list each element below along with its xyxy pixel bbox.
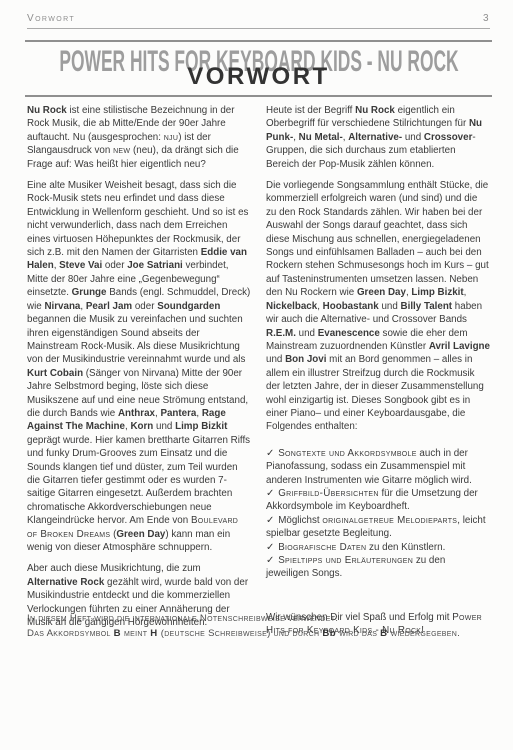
checklist-item: ✓Biografische Daten zu den Künstlern. bbox=[266, 541, 490, 554]
paragraph-nu-rock-today: Heute ist der Begriff Nu Rock eigentlich… bbox=[266, 104, 490, 171]
title-top-rule bbox=[25, 40, 492, 42]
paragraph-history: Eine alte Musiker Weisheit besagt, dass … bbox=[27, 179, 251, 554]
paragraph-song-collection: Die vorliegende Songsammlung enthält Stü… bbox=[266, 179, 490, 434]
running-header: Vorwort 3 bbox=[27, 13, 490, 24]
title-block: POWER HITS FOR KEYBOARD KIDS - NU ROCK V… bbox=[25, 40, 492, 97]
body-columns: Nu Rock ist eine stilistische Bezeichnun… bbox=[27, 104, 490, 646]
paragraph-intro: Nu Rock ist eine stilistische Bezeichnun… bbox=[27, 104, 251, 171]
check-icon: ✓ bbox=[266, 515, 274, 526]
checklist-item: ✓Songtexte und Akkordsymbole auch in der… bbox=[266, 447, 490, 487]
check-icon: ✓ bbox=[266, 448, 274, 459]
checklist-item-text: Songtexte und Akkordsymbole auch in der … bbox=[266, 448, 472, 486]
checklist-item-text: Biografische Daten zu den Künstlern. bbox=[278, 542, 445, 553]
check-icon: ✓ bbox=[266, 555, 274, 566]
note-line: In diesem Heft wird die internationale N… bbox=[27, 611, 490, 626]
page-title: VORWORT bbox=[25, 65, 492, 89]
check-icon: ✓ bbox=[266, 488, 274, 499]
features-checklist: ✓Songtexte und Akkordsymbole auch in der… bbox=[266, 447, 490, 581]
footer-note: In diesem Heft wird die internationale N… bbox=[27, 611, 490, 641]
checklist-item: ✓Spieltipps und Erläuterungen zu den jew… bbox=[266, 554, 490, 581]
check-icon: ✓ bbox=[266, 542, 274, 553]
checklist-item: ✓Möglichst originalgetreue Melodieparts,… bbox=[266, 514, 490, 541]
page-number: 3 bbox=[483, 13, 490, 24]
left-column: Nu Rock ist eine stilistische Bezeichnun… bbox=[27, 104, 251, 646]
checklist-item-text: Möglichst originalgetreue Melodieparts, … bbox=[266, 515, 486, 539]
title-bottom-rule bbox=[25, 95, 492, 97]
running-header-rule bbox=[27, 28, 490, 29]
checklist-item-text: Griffbild-Übersichten für die Umsetzung … bbox=[266, 488, 478, 512]
book-page: Vorwort 3 POWER HITS FOR KEYBOARD KIDS -… bbox=[0, 0, 513, 750]
note-line: Das Akkordsymbol B meint H (deutsche Sch… bbox=[27, 626, 490, 641]
running-header-title: Vorwort bbox=[27, 13, 75, 24]
checklist-item-text: Spieltipps und Erläuterungen zu den jewe… bbox=[266, 555, 445, 579]
checklist-item: ✓Griffbild-Übersichten für die Umsetzung… bbox=[266, 487, 490, 514]
right-column: Heute ist der Begriff Nu Rock eigentlich… bbox=[266, 104, 490, 646]
